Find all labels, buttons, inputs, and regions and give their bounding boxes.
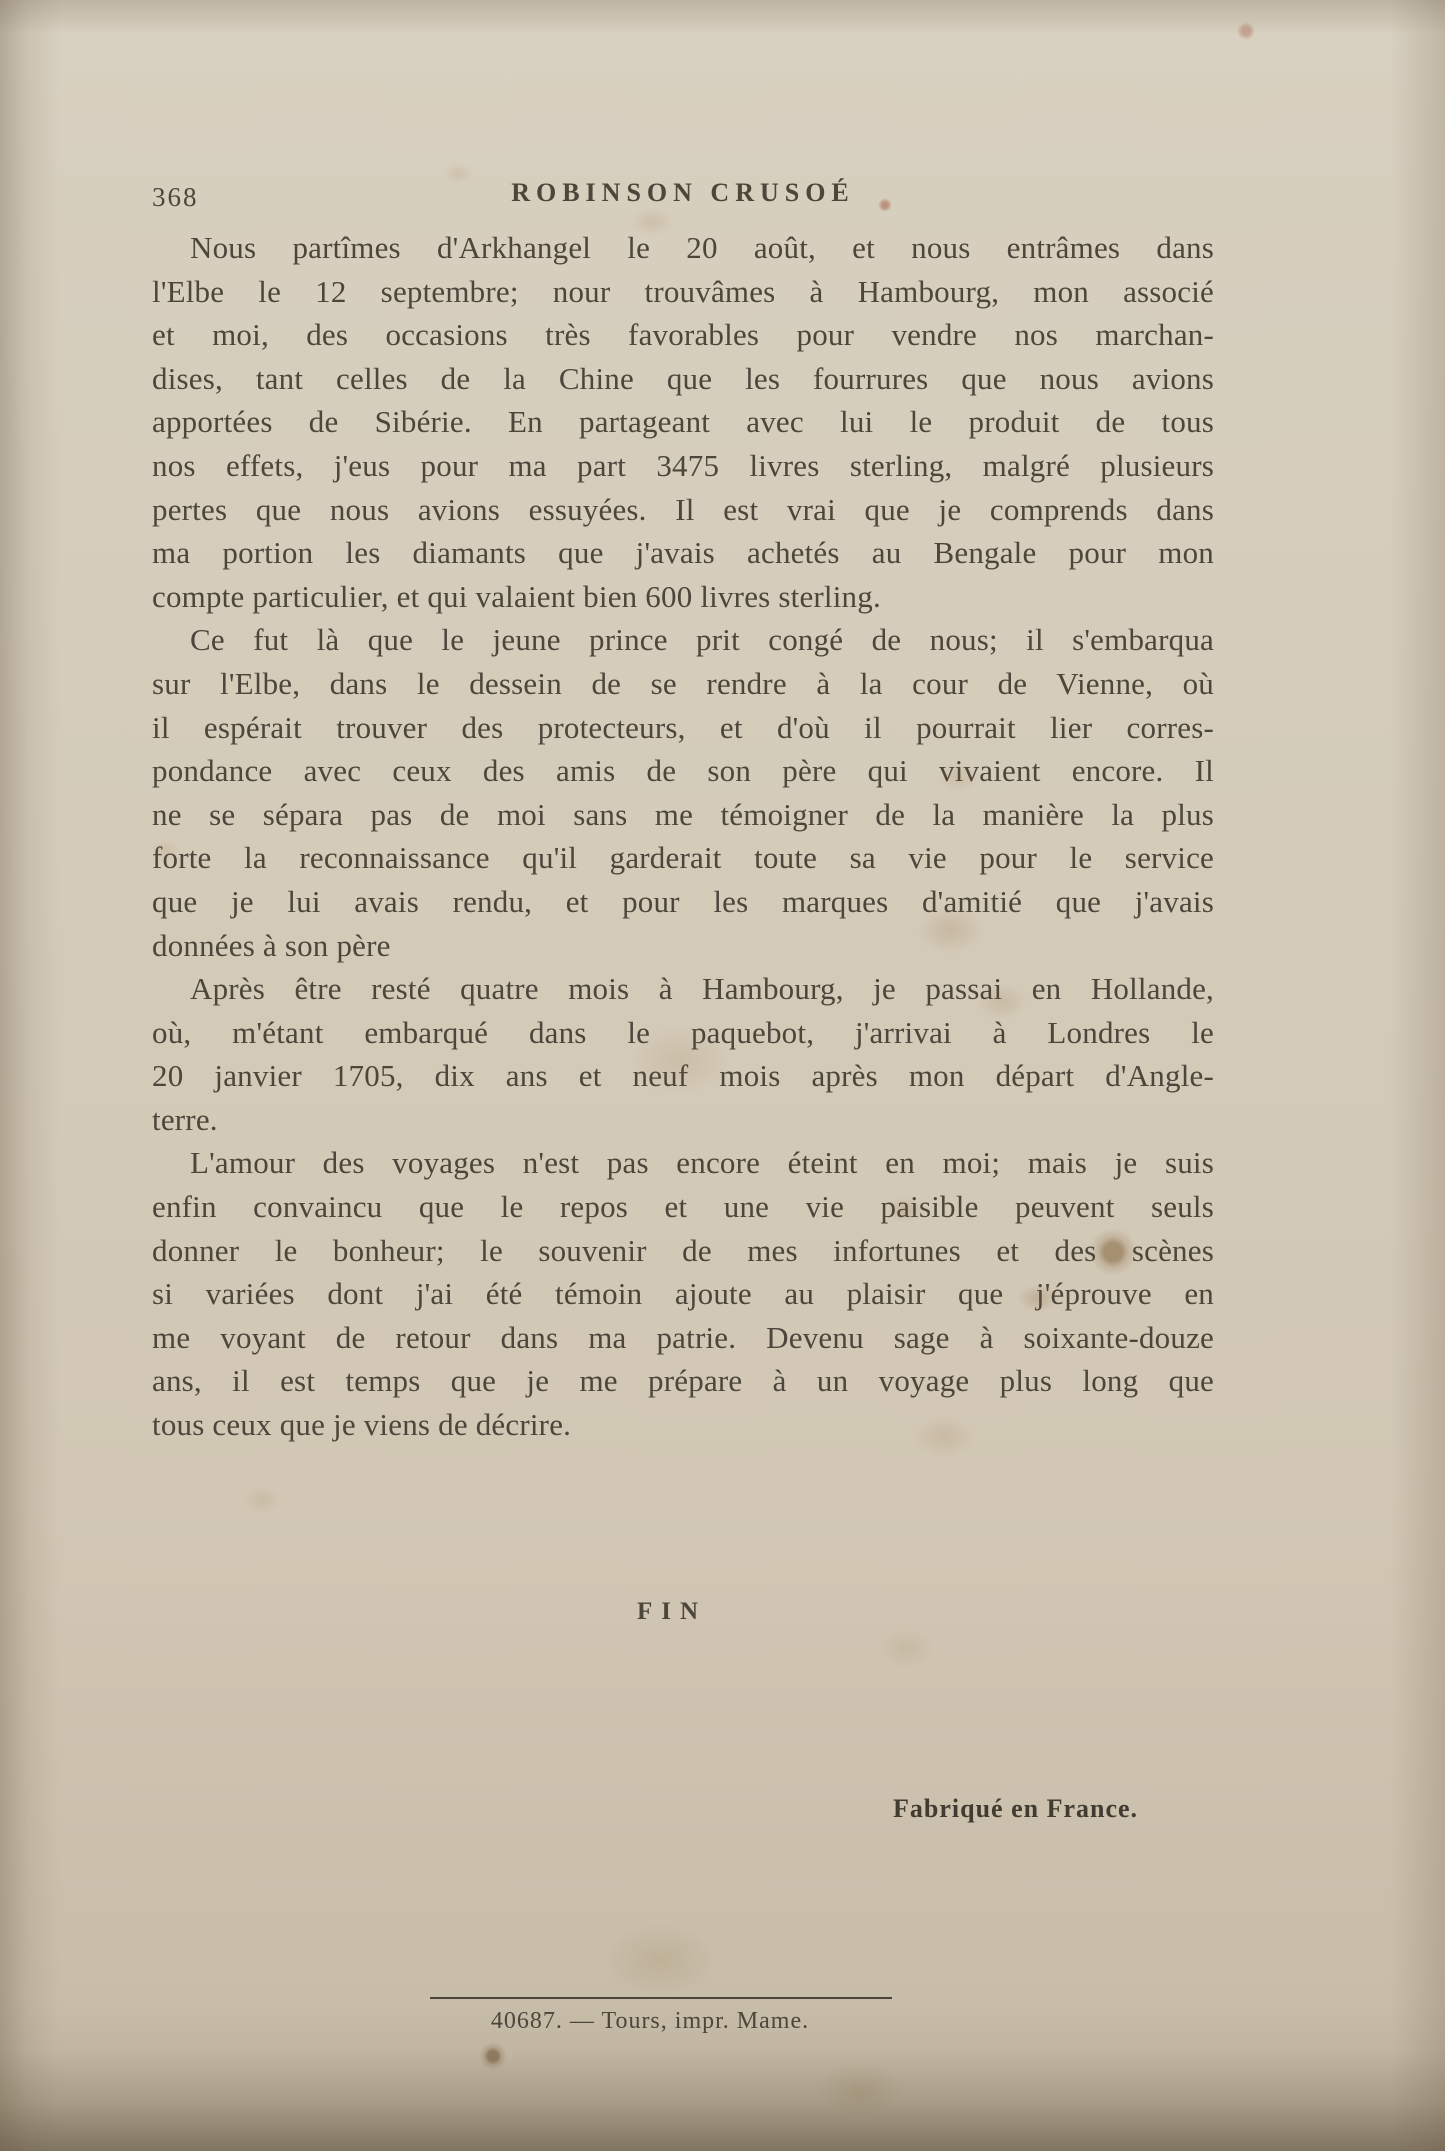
text-line: tous ceux que je viens de décrire. bbox=[152, 1403, 1214, 1447]
text-line: forte la reconnaissance qu'il garderait … bbox=[152, 836, 1214, 880]
running-title: ROBINSON CRUSOÉ bbox=[152, 178, 1214, 208]
fin-label: FIN bbox=[152, 1598, 1192, 1626]
text-line: L'amour des voyages n'est pas encore éte… bbox=[152, 1141, 1214, 1185]
text-line: si variées dont j'ai été témoin ajoute a… bbox=[152, 1272, 1214, 1316]
page-header: 368 ROBINSON CRUSOÉ bbox=[152, 178, 1214, 218]
text-line: donner le bonheur; le souvenir de mes in… bbox=[152, 1229, 1214, 1273]
text-line: sur l'Elbe, dans le dessein de se rendre… bbox=[152, 662, 1214, 706]
text-line: Après être resté quatre mois à Hambourg,… bbox=[152, 967, 1214, 1011]
body-text: Nous partîmes d'Arkhangel le 20 août, et… bbox=[152, 226, 1214, 1447]
text-line: pertes que nous avions essuyées. Il est … bbox=[152, 488, 1214, 532]
text-line: dises, tant celles de la Chine que les f… bbox=[152, 357, 1214, 401]
text-line: ne se sépara pas de moi sans me témoigne… bbox=[152, 793, 1214, 837]
text-line: ans, il est temps que je me prépare à un… bbox=[152, 1359, 1214, 1403]
text-line: 20 janvier 1705, dix ans et neuf mois ap… bbox=[152, 1054, 1214, 1098]
text-line: ma portion les diamants que j'avais ache… bbox=[152, 531, 1214, 575]
made-in-france-stamp: Fabriqué en France. bbox=[893, 1794, 1138, 1824]
text-line: Ce fut là que le jeune prince prit congé… bbox=[152, 618, 1214, 662]
text-line: que je lui avais rendu, et pour les marq… bbox=[152, 880, 1214, 924]
text-line: où, m'étant embarqué dans le paquebot, j… bbox=[152, 1011, 1214, 1055]
paragraph-3: Après être resté quatre mois à Hambourg,… bbox=[152, 967, 1214, 1141]
text-line: il espérait trouver des protecteurs, et … bbox=[152, 706, 1214, 750]
text-line: pondance avec ceux des amis de son père … bbox=[152, 749, 1214, 793]
footer-divider bbox=[430, 1997, 892, 1999]
text-line: me voyant de retour dans ma patrie. Deve… bbox=[152, 1316, 1214, 1360]
text-line: données à son père bbox=[152, 924, 1214, 968]
text-line: enfin convaincu que le repos et une vie … bbox=[152, 1185, 1214, 1229]
text-line: nos effets, j'eus pour ma part 3475 livr… bbox=[152, 444, 1214, 488]
text-line: compte particulier, et qui valaient bien… bbox=[152, 575, 1214, 619]
text-line: apportées de Sibérie. En partageant avec… bbox=[152, 400, 1214, 444]
text-line: Nous partîmes d'Arkhangel le 20 août, et… bbox=[152, 226, 1214, 270]
paragraph-2: Ce fut là que le jeune prince prit congé… bbox=[152, 618, 1214, 967]
text-line: l'Elbe le 12 septembre; nour trouvâmes à… bbox=[152, 270, 1214, 314]
printer-imprint: 40687. — Tours, impr. Mame. bbox=[380, 2008, 920, 2035]
paragraph-4: L'amour des voyages n'est pas encore éte… bbox=[152, 1141, 1214, 1446]
paragraph-1: Nous partîmes d'Arkhangel le 20 août, et… bbox=[152, 226, 1214, 618]
text-line: terre. bbox=[152, 1098, 1214, 1142]
text-line: et moi, des occasions très favorables po… bbox=[152, 313, 1214, 357]
book-page-scan: 368 ROBINSON CRUSOÉ Nous partîmes d'Arkh… bbox=[0, 0, 1445, 2151]
